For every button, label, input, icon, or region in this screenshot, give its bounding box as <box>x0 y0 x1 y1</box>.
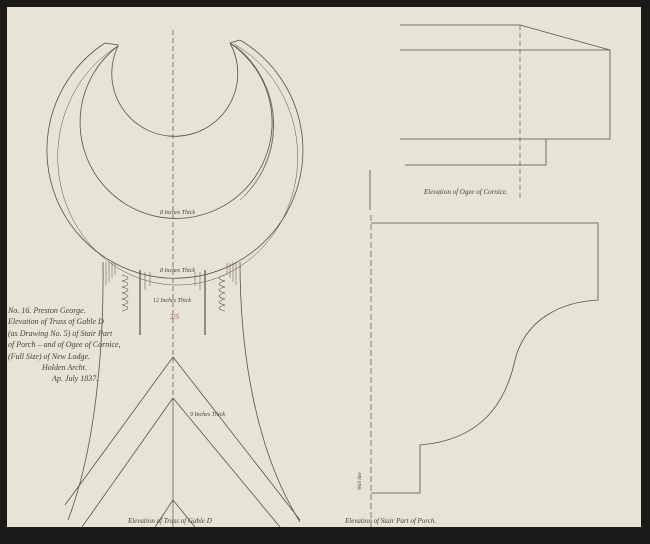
caption-left: Elevation of Truss of Gable D <box>128 518 212 525</box>
label-crescent-inner: 8 Inches Thick <box>160 210 195 216</box>
title-line-3: (as Drawing No. 5) of Stair Part <box>8 328 126 339</box>
label-crescent-base: 8 Inches Thick <box>160 268 195 274</box>
date-line: Ap. July 1837. <box>8 373 126 384</box>
wall-line-note: Wall line <box>358 472 363 490</box>
title-line-1: No. 16. Preston George. <box>8 305 126 316</box>
architect-signature: Holden Archt. <box>8 362 126 373</box>
caption-porch: Elevation of Stair Part of Porch. <box>345 518 436 525</box>
drawing-frame: No. 16. Preston George. Elevation of Tru… <box>0 0 650 544</box>
crescent-truss <box>47 40 303 285</box>
label-stem-mark: 3/5 <box>170 314 179 321</box>
cornice-elevation <box>370 25 610 210</box>
caption-cornice: Elevation of Ogee of Cornice. <box>424 189 508 196</box>
title-line-4: of Porch – and of Ogee of Cornice, <box>8 339 126 350</box>
title-line-5: (Full Size) of New Lodge. <box>8 351 126 362</box>
label-diagonal: 9 Inches Thick <box>190 412 225 418</box>
architectural-drawing <box>0 0 650 544</box>
title-line-2: Elevation of Truss of Gable D <box>8 316 126 327</box>
crescent-inner-arc <box>112 43 238 136</box>
crescent-middle-arc <box>80 43 272 218</box>
label-stem: 12 Inches Thick <box>153 298 191 304</box>
title-block: No. 16. Preston George. Elevation of Tru… <box>8 305 126 385</box>
porch-stair-elevation <box>371 215 598 527</box>
